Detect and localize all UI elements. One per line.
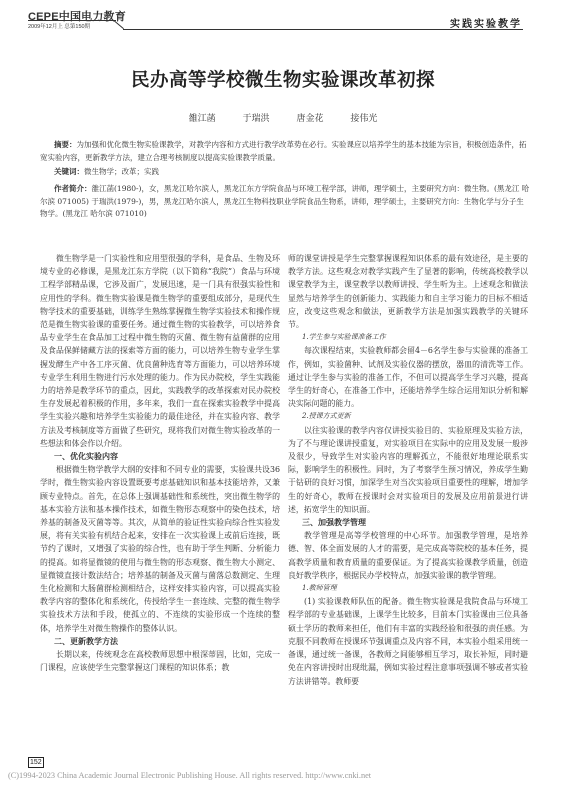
- paragraph: 每次课程结束，实验教师都会留4－6名学生参与实验课的准备工作，例如，实验菌种、试…: [288, 344, 528, 410]
- abstract: 摘要：为加强和优化微生物实验课教学，对教学内容和方式进行教学改革势在必行。实验课…: [40, 139, 530, 164]
- abstract-text: 为加强和优化微生物实验课教学，对教学内容和方式进行教学改革势在必行。实验课应以培…: [40, 140, 527, 162]
- paragraph: 以往实验课的教学内容仅讲授实验目的、实验原理及实验方法，为了不与理论课讲授重复，…: [288, 424, 528, 516]
- subsection-heading: 1.学生参与实验课准备工作: [288, 331, 528, 344]
- page-number: 152: [28, 757, 44, 768]
- paragraph: 师的课堂讲授是学生完整掌握课程知识体系的最有效途径，是主要的教学方法。这些观念对…: [288, 252, 528, 331]
- keywords: 关键词：微生物学；改革；实践: [40, 166, 530, 179]
- author-list: 雒江菡 于瑞洪 唐金花 接伟光: [0, 111, 566, 124]
- abstract-label: 摘要：: [54, 140, 77, 149]
- author: 接伟光: [350, 114, 377, 124]
- article-title: 民办高等学校微生物实验课改革初探: [0, 66, 566, 92]
- intro-paragraph: 微生物学是一门实验性和应用型很强的学科，是食品、生物及环境专业的必修课，是黑龙江…: [40, 252, 280, 450]
- copyright-notice: (C)1994-2023 China Academic Journal Elec…: [0, 771, 566, 780]
- author: 雒江菡: [189, 114, 216, 124]
- page-header: CEPE中国电力教育 2009年12月上 总第150期 实践实验教学: [0, 0, 566, 36]
- section-heading: 三、加强教学管理: [288, 516, 528, 529]
- paragraph: 根据微生物学教学大纲的安排和不同专业的需要，实验课共设36学时，微生物实验内容设…: [40, 463, 280, 635]
- keywords-text: 微生物学；改革；实践: [84, 167, 159, 176]
- body-column-left: 微生物学是一门实验性和应用型很强的学科，是食品、生物及环境专业的必修课，是黑龙江…: [40, 252, 280, 675]
- subsection-heading: 2.授课方式更新: [288, 410, 528, 423]
- subsection-heading: 1.教师管理: [288, 582, 528, 595]
- section-heading: 一、优化实验内容: [40, 450, 280, 463]
- section-heading: 二、更新教学方法: [40, 635, 280, 648]
- paragraph: 长期以来，传统观念在高校教师思想中根深蒂固，比如，完成一门课程，应该使学生完整掌…: [40, 648, 280, 674]
- issue-info: 2009年12月上 总第150期: [28, 22, 90, 30]
- author: 唐金花: [296, 114, 323, 124]
- bio-text: 雒江菡(1980-)，女，黑龙江哈尔滨人，黑龙江东方学院食品与环境工程学部，讲师…: [40, 184, 529, 218]
- paragraph: 教学管理是高等学校管理的中心环节。加强教学管理，是培养德、智、体全面发展的人才的…: [288, 529, 528, 582]
- keywords-label: 关键词：: [54, 167, 84, 176]
- paragraph: (1) 实验课教师队伍的配备。微生物实验课是我院食品与环境工程学部的专业基础课，…: [288, 595, 528, 687]
- bio-label: 作者简介：: [54, 184, 92, 193]
- body-column-right: 师的课堂讲授是学生完整掌握课程知识体系的最有效途径，是主要的教学方法。这些观念对…: [288, 252, 528, 688]
- author-bio: 作者简介：雒江菡(1980-)，女，黑龙江哈尔滨人，黑龙江东方学院食品与环境工程…: [40, 183, 530, 221]
- author: 于瑞洪: [243, 114, 270, 124]
- section-label: 实践实验教学: [450, 15, 522, 30]
- header-rule: [28, 20, 116, 21]
